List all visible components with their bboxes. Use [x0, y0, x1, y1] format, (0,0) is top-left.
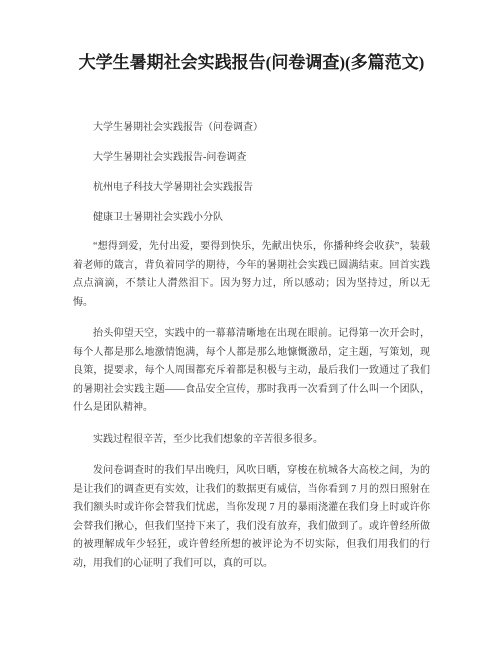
subtitle-list: 大学生暑期社会实践报告（问卷调查）大学生暑期社会实践报告-问卷调查杭州电子科技大…: [73, 118, 430, 227]
subtitle-line: 大学生暑期社会实践报告（问卷调查）: [73, 118, 430, 137]
paragraph: 抬头仰望天空，实践中的一幕幕清晰地在出现在眼前。记得第一次开会时，每个人都是那么…: [73, 325, 430, 418]
subtitle-line: 健康卫士暑期社会实践小分队: [73, 208, 430, 227]
paragraph-list: “想得到爱，先付出爱，要得到快乐，先献出快乐，你播种终会收获”，装载着老师的箴言…: [73, 238, 430, 573]
document-title: 大学生暑期社会实践报告(问卷调查)(多篇范文): [73, 50, 430, 76]
subtitle-line: 大学生暑期社会实践报告-问卷调查: [73, 148, 430, 167]
paragraph: “想得到爱，先付出爱，要得到快乐，先献出快乐，你播种终会收获”，装载着老师的箴言…: [73, 238, 430, 312]
subtitle-line: 杭州电子科技大学暑期社会实践报告: [73, 178, 430, 197]
document-page: 大学生暑期社会实践报告(问卷调查)(多篇范文) 大学生暑期社会实践报告（问卷调查…: [0, 0, 500, 647]
paragraph: 发问卷调查时的我们早出晚归，风吹日晒，穿梭在杭城各大高校之间，为的是让我们的调查…: [73, 462, 430, 573]
paragraph: 实践过程很辛苦，至少比我们想象的辛苦很多很多。: [73, 431, 430, 450]
